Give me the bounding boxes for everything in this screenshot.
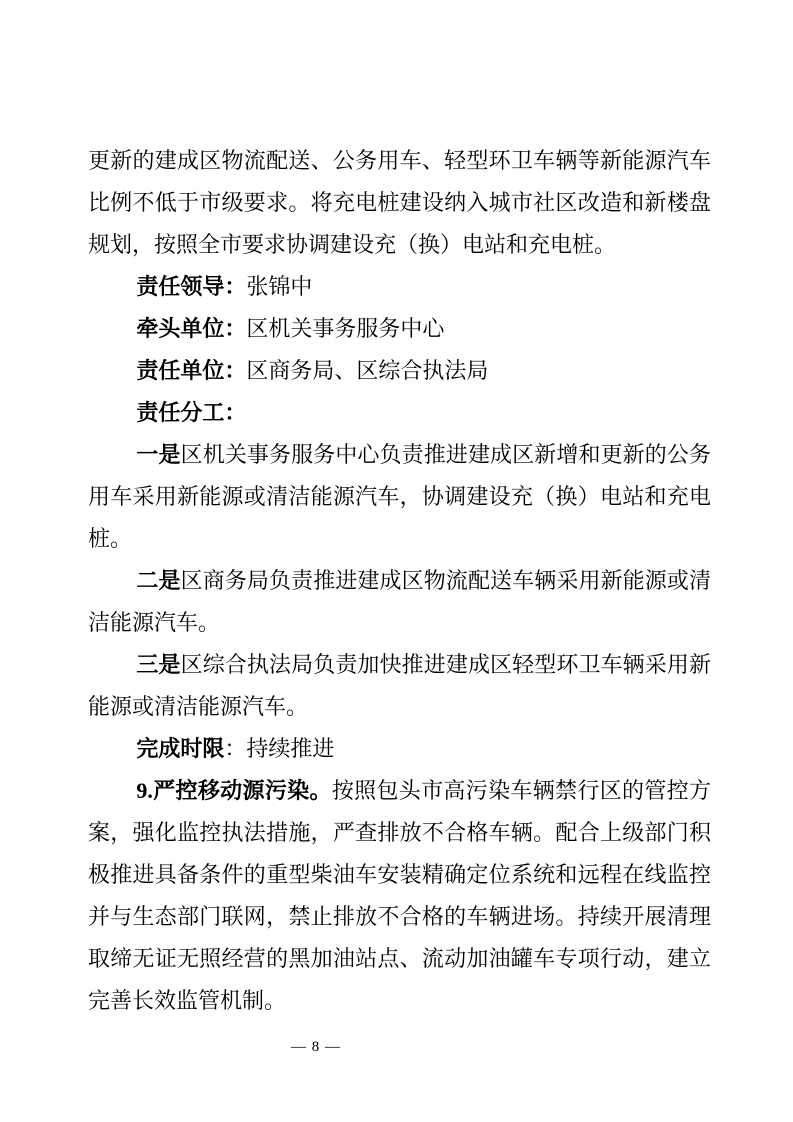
duty-ordinal: 三是: [136, 652, 180, 677]
field-duty-division: 责任分工：: [88, 392, 711, 434]
duty-text: 区综合执法局负责加快推进建成区轻型环卫车辆采用新能源或清洁能源汽车。: [88, 652, 711, 719]
document-body: 更新的建成区物流配送、公务用车、轻型环卫车辆等新能源汽车比例不低于市级要求。将充…: [88, 140, 711, 1022]
duty-text: 区机关事务服务中心负责推进建成区新增和更新的公务用车采用新能源或清洁能源汽车，协…: [88, 442, 711, 551]
field-responsible-unit: 责任单位：区商务局、区综合执法局: [88, 350, 711, 392]
field-deadline: 完成时限：持续推进: [88, 728, 711, 770]
duty-item-3: 三是区综合执法局负责加快推进建成区轻型环卫车辆采用新能源或清洁能源汽车。: [88, 644, 711, 728]
duty-item-2: 二是区商务局负责推进建成区物流配送车辆采用新能源或清洁能源汽车。: [88, 560, 711, 644]
paragraph-continuation: 更新的建成区物流配送、公务用车、轻型环卫车辆等新能源汽车比例不低于市级要求。将充…: [88, 140, 711, 266]
field-label: 完成时限: [136, 736, 224, 761]
field-value: 区商务局、区综合执法局: [246, 358, 488, 383]
field-lead-unit: 牵头单位：区机关事务服务中心: [88, 308, 711, 350]
section-text: 按照包头市高污染车辆禁行区的管控方案，强化监控执法措施，严查排放不合格车辆。配合…: [88, 778, 711, 1013]
section-title: 严控移动源污染。: [153, 778, 332, 803]
field-value: 张锦中: [246, 274, 312, 299]
field-label: 责任单位：: [136, 358, 246, 383]
section-number: 9.: [136, 778, 153, 803]
duty-ordinal: 一是: [136, 442, 180, 467]
field-value: 区机关事务服务中心: [246, 316, 444, 341]
field-label: 责任领导：: [136, 274, 246, 299]
field-value: ：持续推进: [224, 736, 334, 761]
duty-item-1: 一是区机关事务服务中心负责推进建成区新增和更新的公务用车采用新能源或清洁能源汽车…: [88, 434, 711, 560]
field-label: 牵头单位：: [136, 316, 246, 341]
duty-text: 区商务局负责推进建成区物流配送车辆采用新能源或清洁能源汽车。: [88, 568, 711, 635]
document-page: 更新的建成区物流配送、公务用车、轻型环卫车辆等新能源汽车比例不低于市级要求。将充…: [0, 0, 793, 1122]
field-label: 责任分工：: [136, 400, 246, 425]
section-9-paragraph: 9.严控移动源污染。按照包头市高污染车辆禁行区的管控方案，强化监控执法措施，严查…: [88, 770, 711, 1022]
field-responsible-leader: 责任领导：张锦中: [88, 266, 711, 308]
page-number: — 8 —: [291, 1038, 341, 1056]
duty-ordinal: 二是: [136, 568, 180, 593]
